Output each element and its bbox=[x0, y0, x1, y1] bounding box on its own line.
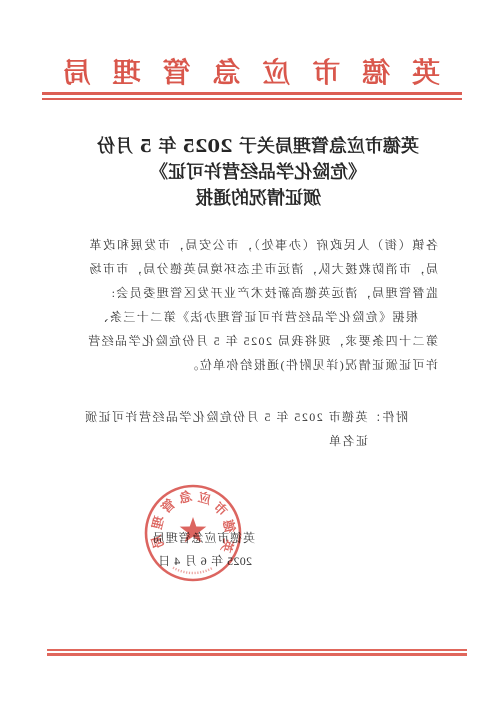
recipients: 各镇（街）人民政府（办事处），市公安局，市发展和改革 局，市消防救援大队，清远市… bbox=[88, 233, 438, 305]
recipients-line: 局，市消防救援大队，清远市生态环境局英德分局，市市场 bbox=[88, 257, 438, 281]
body-line: 根据《危险化学品经营许可证管理办法》第二十三条、 bbox=[88, 305, 418, 329]
letterhead-rule-thin bbox=[42, 98, 462, 100]
attachment-text: 英德市 2025 年 5 月份危险化学品经营许可证颁 bbox=[84, 410, 368, 424]
title-line: 颁证情况的通报 bbox=[58, 186, 458, 212]
body-line: 第二十四条要求，现将我局 2025 年 5 月份危险化学品经营 bbox=[88, 329, 438, 353]
official-seal: 英德市应急管理局 bbox=[141, 481, 245, 585]
footer-rule-thin bbox=[47, 649, 467, 651]
attachment-line: 附件：英德市 2025 年 5 月份危险化学品经营许可证颁 bbox=[88, 405, 408, 429]
attachment-note: 附件：英德市 2025 年 5 月份危险化学品经营许可证颁 证名单 bbox=[88, 405, 408, 453]
document-page: 英德市应急管理局 英德市应急管理局关于 2025 年 5 月份 《危险化学品经营… bbox=[0, 0, 500, 707]
letterhead-org-name: 英德市应急管理局 bbox=[41, 58, 440, 88]
body-line: 许可证颁证情况(详见附件)通报给你单位。 bbox=[88, 353, 438, 377]
attachment-line: 证名单 bbox=[88, 429, 368, 453]
title-line: 英德市应急管理局关于 2025 年 5 月份 bbox=[58, 134, 458, 160]
attachment-label: 附件： bbox=[368, 410, 408, 424]
recipients-line: 各镇（街）人民政府（办事处），市公安局，市发展和改革 bbox=[88, 233, 438, 257]
star-icon bbox=[180, 517, 207, 542]
body-paragraph: 根据《危险化学品经营许可证管理办法》第二十三条、 第二十四条要求，现将我局 20… bbox=[88, 305, 438, 377]
footer-rule-thick bbox=[47, 653, 467, 656]
title-line: 《危险化学品经营许可证》 bbox=[58, 160, 458, 186]
letterhead-rule-thick bbox=[42, 92, 462, 95]
recipients-line: 监督管理局，清远英德高新技术产业开发区管理委员会: bbox=[88, 281, 438, 305]
seal-serial-code bbox=[173, 568, 213, 573]
document-title: 英德市应急管理局关于 2025 年 5 月份 《危险化学品经营许可证》 颁证情况… bbox=[58, 134, 458, 212]
